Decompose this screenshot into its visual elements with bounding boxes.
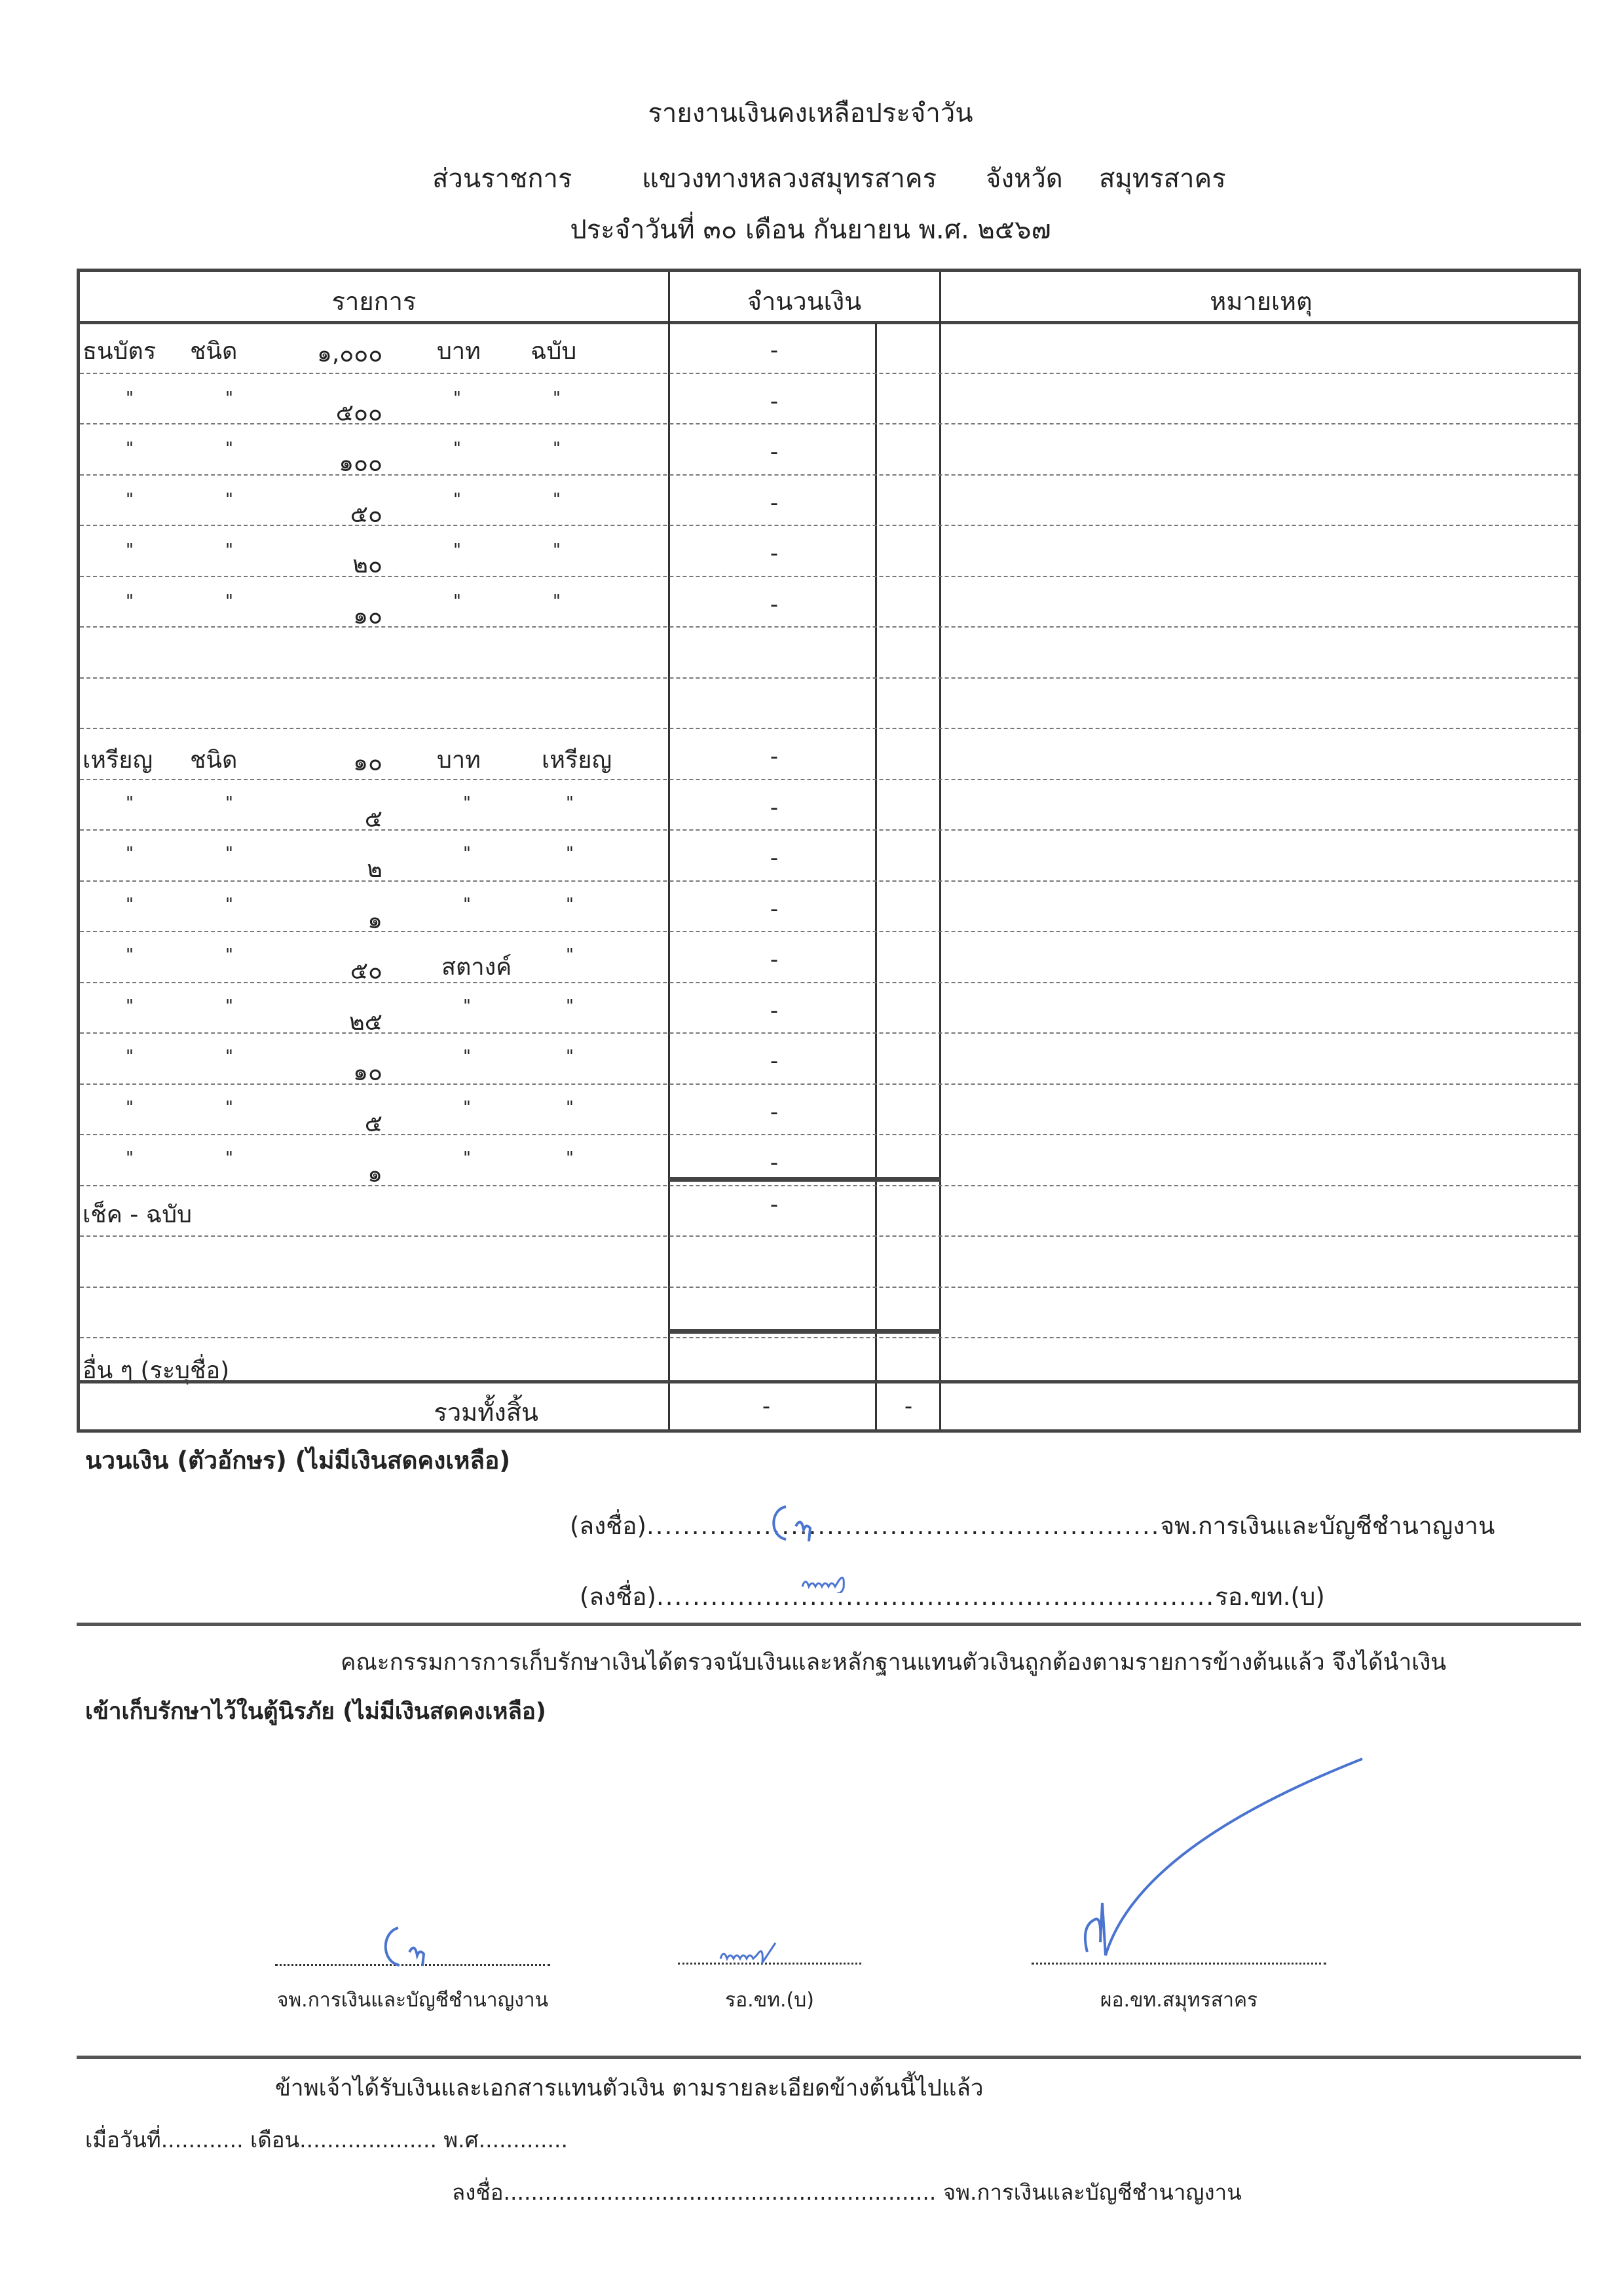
denomination: ๒ xyxy=(317,850,382,888)
ditto-mark: " xyxy=(463,1098,471,1118)
denomination: ๒๐ xyxy=(317,546,382,583)
report-title: รายงานเงินคงเหลือประจำวัน xyxy=(0,92,1621,134)
ditto-mark: " xyxy=(566,895,574,914)
ditto-mark: " xyxy=(225,540,233,560)
committee-statement: คณะกรรมการการเก็บรักษาเงินได้ตรวจนับเงิน… xyxy=(341,1644,1446,1680)
sign-prefix: (ลงชื่อ) xyxy=(580,1583,656,1611)
signature-line-1: (ลงชื่อ)................................… xyxy=(570,1507,1495,1545)
ditto-mark: " xyxy=(126,439,134,459)
ditto-mark: " xyxy=(225,592,233,611)
type-label: ชนิด xyxy=(190,741,237,778)
amount-value: - xyxy=(761,947,787,973)
denomination: ๑๐ xyxy=(317,597,382,634)
coin-label: เหรียญ xyxy=(83,741,153,778)
agency-name: แขวงทางหลวงสมุทรสาคร xyxy=(642,157,937,199)
ditto-mark: " xyxy=(453,388,461,408)
row-divider xyxy=(80,677,1578,679)
row-divider xyxy=(80,728,1578,729)
ditto-mark: " xyxy=(225,844,233,863)
unit-satang: สตางค์ xyxy=(441,948,512,985)
amount-value: - xyxy=(761,592,787,618)
ditto-mark: " xyxy=(463,1148,471,1168)
ditto-mark: " xyxy=(126,793,134,813)
cheque-amount: - xyxy=(761,1192,787,1218)
count-unit: ฉบับ xyxy=(531,332,576,369)
subtotal-rule-coins xyxy=(669,1177,941,1182)
signer-role-deputy: รอ.ขท.(บ) xyxy=(675,1985,865,2016)
ditto-mark: " xyxy=(126,1098,134,1118)
cheque-label: เช็ค - ฉบับ xyxy=(83,1195,192,1233)
denomination: ๑๐ xyxy=(329,743,382,781)
amount-value: - xyxy=(761,1150,787,1176)
total-baht: - xyxy=(753,1393,779,1420)
signature-mark-director xyxy=(1074,1756,1375,1978)
amount-value: - xyxy=(761,795,787,821)
row-divider xyxy=(80,880,1578,882)
signature-mark-1 xyxy=(766,1500,845,1546)
ditto-mark: " xyxy=(225,490,233,510)
row-divider xyxy=(80,1287,1578,1288)
ditto-mark: " xyxy=(126,1047,134,1066)
banknote-label: ธนบัตร xyxy=(83,332,156,369)
ditto-mark: " xyxy=(453,490,461,510)
amount-value: - xyxy=(761,998,787,1024)
col-header-items: รายการ xyxy=(80,281,668,321)
ditto-mark: " xyxy=(126,844,134,863)
ditto-mark: " xyxy=(453,439,461,459)
col-divider-amount xyxy=(939,272,941,1429)
ditto-mark: " xyxy=(225,388,233,408)
type-label: ชนิด xyxy=(190,332,237,369)
ditto-mark: " xyxy=(126,490,134,510)
ditto-mark: " xyxy=(225,1098,233,1118)
receipt-sign-line: ลงชื่อ..................................… xyxy=(452,2175,1242,2210)
signature-mark-3 xyxy=(380,1923,472,1968)
row-divider xyxy=(80,829,1578,831)
ditto-mark: " xyxy=(566,945,574,965)
ditto-mark: " xyxy=(126,1148,134,1168)
row-divider xyxy=(80,982,1578,983)
row-divider xyxy=(80,474,1578,476)
col-header-remarks: หมายเหตุ xyxy=(941,281,1581,321)
signer-role-finance: จพ.การเงินและบัญชีชำนาญงาน xyxy=(249,1985,576,2016)
agency-label: ส่วนราชการ xyxy=(432,157,572,199)
total-label: รวมทั้งสิ้น xyxy=(80,1392,538,1432)
amount-in-words: นวนเงิน (ตัวอักษร) (ไม่มีเงินสดคงเหลือ) xyxy=(85,1441,510,1480)
amount-value: - xyxy=(761,1099,787,1125)
ditto-mark: " xyxy=(553,592,561,611)
signer-role-director: ผอ.ขท.สมุทรสาคร xyxy=(1035,1985,1323,2016)
section-divider-2 xyxy=(77,2056,1581,2059)
subtotal-rule-cheque xyxy=(669,1329,941,1334)
signature-mark-4 xyxy=(717,1939,802,1965)
denomination: ๕ xyxy=(317,1104,382,1142)
ditto-mark: " xyxy=(566,1047,574,1066)
ditto-mark: " xyxy=(463,793,471,813)
amount-value: - xyxy=(761,1048,787,1074)
agency-line: ส่วนราชการ แขวงทางหลวงสมุทรสาคร จังหวัด … xyxy=(0,157,1621,190)
ditto-mark: " xyxy=(126,996,134,1016)
row-divider xyxy=(80,1235,1578,1237)
ditto-mark: " xyxy=(566,1098,574,1118)
ditto-mark: " xyxy=(126,540,134,560)
row-divider xyxy=(80,373,1578,374)
ditto-mark: " xyxy=(225,996,233,1016)
receipt-date-line: เมื่อวันที่............ เดือน...........… xyxy=(85,2122,568,2157)
committee-statement-2: เข้าเก็บรักษาไว้ในตู้นิรภัย (ไม่มีเงินสด… xyxy=(85,1693,546,1729)
signer-role: จพ.การเงินและบัญชีชำนาญงาน xyxy=(1160,1512,1495,1540)
ditto-mark: " xyxy=(126,592,134,611)
col-divider-satang xyxy=(875,323,877,1429)
unit-label: บาท xyxy=(437,332,481,369)
row-divider xyxy=(80,576,1578,577)
receipt-sign-field: ลงชื่อ..................................… xyxy=(452,2179,936,2205)
ditto-mark: " xyxy=(126,895,134,914)
amount-value: - xyxy=(761,743,787,770)
ditto-mark: " xyxy=(225,793,233,813)
amount-value: - xyxy=(761,845,787,871)
denomination: ๕ xyxy=(317,800,382,837)
amount-value: - xyxy=(761,439,787,465)
ditto-mark: " xyxy=(453,540,461,560)
denomination: ๑ xyxy=(317,901,382,939)
report-date: ประจำวันที่ ๓๐ เดือน กันยายน พ.ศ. ๒๕๖๗ xyxy=(0,208,1621,250)
receipt-statement: ข้าพเจ้าได้รับเงินและเอกสารแทนตัวเงิน ตา… xyxy=(275,2070,984,2106)
amount-value: - xyxy=(761,896,787,922)
cash-balance-table: รายการ จำนวนเงิน หมายเหตุ ธนบัตรชนิด๑,๐๐… xyxy=(77,269,1581,1433)
ditto-mark: " xyxy=(126,945,134,965)
ditto-mark: " xyxy=(553,540,561,560)
amount-value: - xyxy=(761,540,787,567)
row-divider xyxy=(80,1083,1578,1085)
row-divider xyxy=(80,525,1578,526)
ditto-mark: " xyxy=(225,439,233,459)
ditto-mark: " xyxy=(566,1148,574,1168)
row-divider xyxy=(80,423,1578,424)
denomination: ๑,๐๐๐ xyxy=(317,335,382,372)
row-divider xyxy=(80,779,1578,780)
ditto-mark: " xyxy=(463,844,471,863)
header-divider xyxy=(80,321,1578,324)
total-satang: - xyxy=(895,1393,922,1420)
ditto-mark: " xyxy=(225,895,233,914)
row-divider xyxy=(80,1185,1578,1186)
signer-role: รอ.ขท.(บ) xyxy=(1215,1583,1325,1611)
col-header-amount: จำนวนเงิน xyxy=(669,281,939,321)
ditto-mark: " xyxy=(126,388,134,408)
row-divider xyxy=(80,1134,1578,1135)
count-unit: เหรียญ xyxy=(542,741,612,778)
ditto-mark: " xyxy=(453,592,461,611)
province-name: สมุทรสาคร xyxy=(1099,157,1226,199)
total-divider xyxy=(80,1380,1578,1383)
amount-value: - xyxy=(761,337,787,364)
denomination: ๕๐ xyxy=(317,495,382,533)
unit-label: บาท xyxy=(437,741,481,778)
signature-line-2: (ลงชื่อ)................................… xyxy=(580,1577,1325,1616)
ditto-mark: " xyxy=(566,996,574,1016)
amount-value: - xyxy=(761,490,787,516)
section-divider-1 xyxy=(77,1623,1581,1626)
ditto-mark: " xyxy=(225,1148,233,1168)
row-divider xyxy=(80,1032,1578,1034)
amount-value: - xyxy=(761,388,787,415)
receipt-role: จพ.การเงินและบัญชีชำนาญงาน xyxy=(943,2179,1242,2205)
ditto-mark: " xyxy=(566,844,574,863)
ditto-mark: " xyxy=(225,945,233,965)
denomination: ๕๐ xyxy=(317,952,382,989)
row-divider xyxy=(80,1337,1578,1338)
sign-prefix: (ลงชื่อ) xyxy=(570,1512,646,1540)
row-divider xyxy=(80,931,1578,932)
signature-mark-2 xyxy=(799,1567,878,1593)
row-divider xyxy=(80,626,1578,628)
denomination: ๒๕ xyxy=(317,1003,382,1040)
ditto-mark: " xyxy=(225,1047,233,1066)
ditto-mark: " xyxy=(553,388,561,408)
ditto-mark: " xyxy=(553,439,561,459)
ditto-mark: " xyxy=(463,895,471,914)
province-label: จังหวัด xyxy=(986,157,1063,199)
denomination: ๑๐๐ xyxy=(317,444,382,481)
ditto-mark: " xyxy=(463,1047,471,1066)
denomination: ๕๐๐ xyxy=(317,394,382,431)
denomination: ๑๐ xyxy=(317,1053,382,1091)
ditto-mark: " xyxy=(463,996,471,1016)
ditto-mark: " xyxy=(553,490,561,510)
ditto-mark: " xyxy=(566,793,574,813)
denomination: ๑ xyxy=(317,1155,382,1192)
col-divider-items xyxy=(668,272,670,1429)
